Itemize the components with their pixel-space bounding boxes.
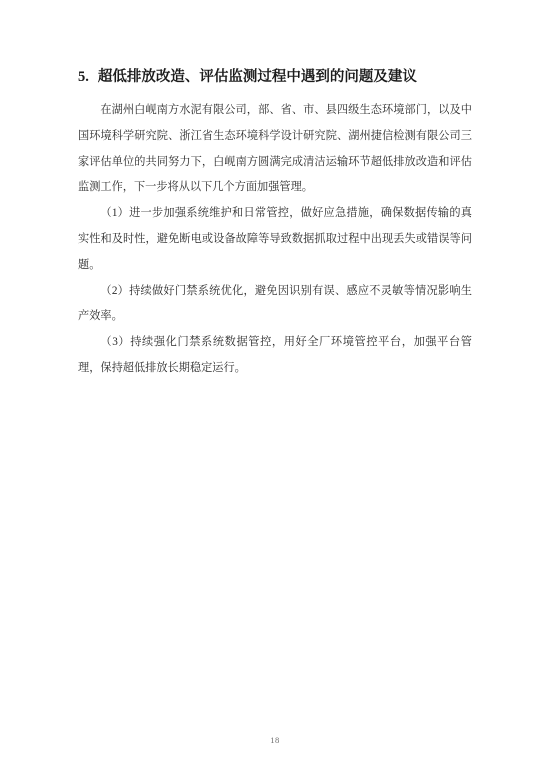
section-number: 5. [78,66,89,88]
page-footer: 18 [0,735,550,745]
section-heading: 5.超低排放改造、评估监测过程中遇到的问题及建议 [78,66,472,88]
paragraph-intro: 在湖州白岘南方水泥有限公司，部、省、市、县四级生态环境部门，以及中国环境科学研究… [78,98,472,201]
paragraph-item-3: （3）持续强化门禁系统数据管控，用好全厂环境管控平台，加强平台管理，保持超低排放… [78,330,472,382]
document-content: 5.超低排放改造、评估监测过程中遇到的问题及建议 在湖州白岘南方水泥有限公司，部… [78,66,472,382]
page-number: 18 [270,735,280,745]
paragraph-item-2: （2）持续做好门禁系统优化，避免因识别有误、感应不灵敏等情况影响生产效率。 [78,279,472,331]
document-page: 5.超低排放改造、评估监测过程中遇到的问题及建议 在湖州白岘南方水泥有限公司，部… [0,0,550,777]
section-title: 超低排放改造、评估监测过程中遇到的问题及建议 [98,69,417,85]
paragraph-item-1: （1）进一步加强系统维护和日常管控，做好应急措施，确保数据传输的真实性和及时性，… [78,201,472,278]
